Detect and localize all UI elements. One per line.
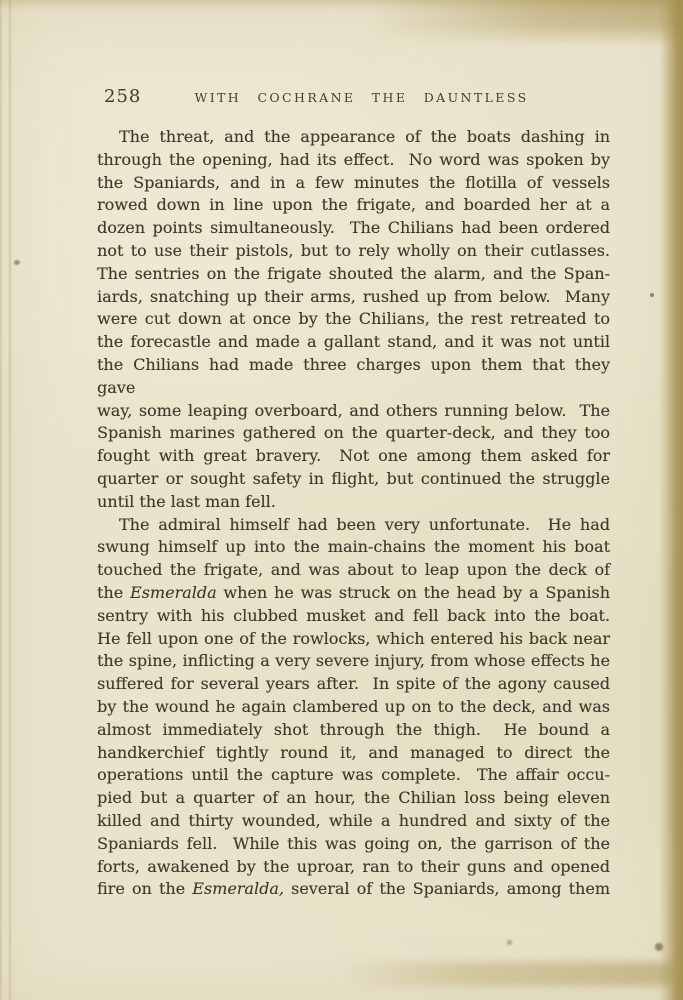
page-edge-shade-left [0, 0, 3, 1000]
page-header: 258 WITH COCHRANE THE DAUNTLESS [97, 86, 610, 108]
text-line: were cut down at once by the Chilians, t… [97, 308, 610, 331]
text-line: not to use their pistols, but to rely wh… [97, 240, 610, 263]
paragraph-1: The threat, and the appearance of the bo… [97, 126, 610, 514]
text-line: rowed down in line upon the frigate, and… [97, 194, 610, 217]
text-line: handkerchief tightly round it, and manag… [97, 742, 610, 765]
text-line: The sentries on the frigate shouted the … [97, 263, 610, 286]
text-line: through the opening, had its effect. No … [97, 149, 610, 172]
text-line: touched the frigate, and was about to le… [97, 559, 610, 582]
text-line: fought with great bravery. Not one among… [97, 445, 610, 468]
text-line: killed and thirty wounded, while a hundr… [97, 810, 610, 833]
ship-name-italic: Esmeralda [130, 583, 217, 602]
text-line: fire on the Esmeralda, several of the Sp… [97, 878, 610, 901]
text-line: sentry with his clubbed musket and fell … [97, 605, 610, 628]
text-line: quarter or sought safety in flight, but … [97, 468, 610, 491]
scan-smudge [340, 962, 679, 986]
paragraph-2: The admiral himself had been very unfort… [97, 514, 610, 902]
text-line: He fell upon one of the rowlocks, which … [97, 628, 610, 651]
text-line: forts, awakened by the uproar, ran to th… [97, 856, 610, 879]
paper-speck [655, 943, 663, 951]
text-line: the Esmeralda when he was struck on the … [97, 582, 610, 605]
text-line: almost immediately shot through the thig… [97, 719, 610, 742]
paper-speck [507, 940, 512, 945]
page-body: The threat, and the appearance of the bo… [97, 126, 610, 901]
running-header: WITH COCHRANE THE DAUNTLESS [105, 90, 618, 105]
text-line: The threat, and the appearance of the bo… [97, 126, 610, 149]
ship-name-italic: Esmeralda, [192, 879, 284, 898]
text-line: iards, snatching up their arms, rushed u… [97, 286, 610, 309]
text-line: swung himself up into the main-chains th… [97, 536, 610, 559]
text-line: Spaniards fell. While this was going on,… [97, 833, 610, 856]
text-line: way, some leaping overboard, and others … [97, 400, 610, 423]
text-line: the forecastle and made a gallant stand,… [97, 331, 610, 354]
text-line: the spine, inflicting a very severe inju… [97, 650, 610, 673]
paper-crease [8, 0, 12, 1000]
text-line: the Spaniards, and in a few minutes the … [97, 172, 610, 195]
text-line: Spanish marines gathered on the quarter-… [97, 422, 610, 445]
text-line: suffered for several years after. In spi… [97, 673, 610, 696]
paper-speck [14, 260, 20, 265]
paper-speck [650, 293, 654, 297]
text-line: by the wound he again clambered up on to… [97, 696, 610, 719]
page-edge-shade-top [0, 0, 683, 10]
page-edge-shade-top-right [368, 0, 683, 46]
text-line: operations until the capture was complet… [97, 764, 610, 787]
text-line: the Chilians had made three charges upon… [97, 354, 610, 400]
text-line: The admiral himself had been very unfort… [97, 514, 610, 537]
book-page-scan: 258 WITH COCHRANE THE DAUNTLESS The thre… [0, 0, 683, 1000]
text-line: until the last man fell. [97, 491, 610, 514]
text-line: pied but a quarter of an hour, the Chili… [97, 787, 610, 810]
text-line: dozen points simultaneously. The Chilian… [97, 217, 610, 240]
page-edge-shade-right [659, 0, 683, 1000]
